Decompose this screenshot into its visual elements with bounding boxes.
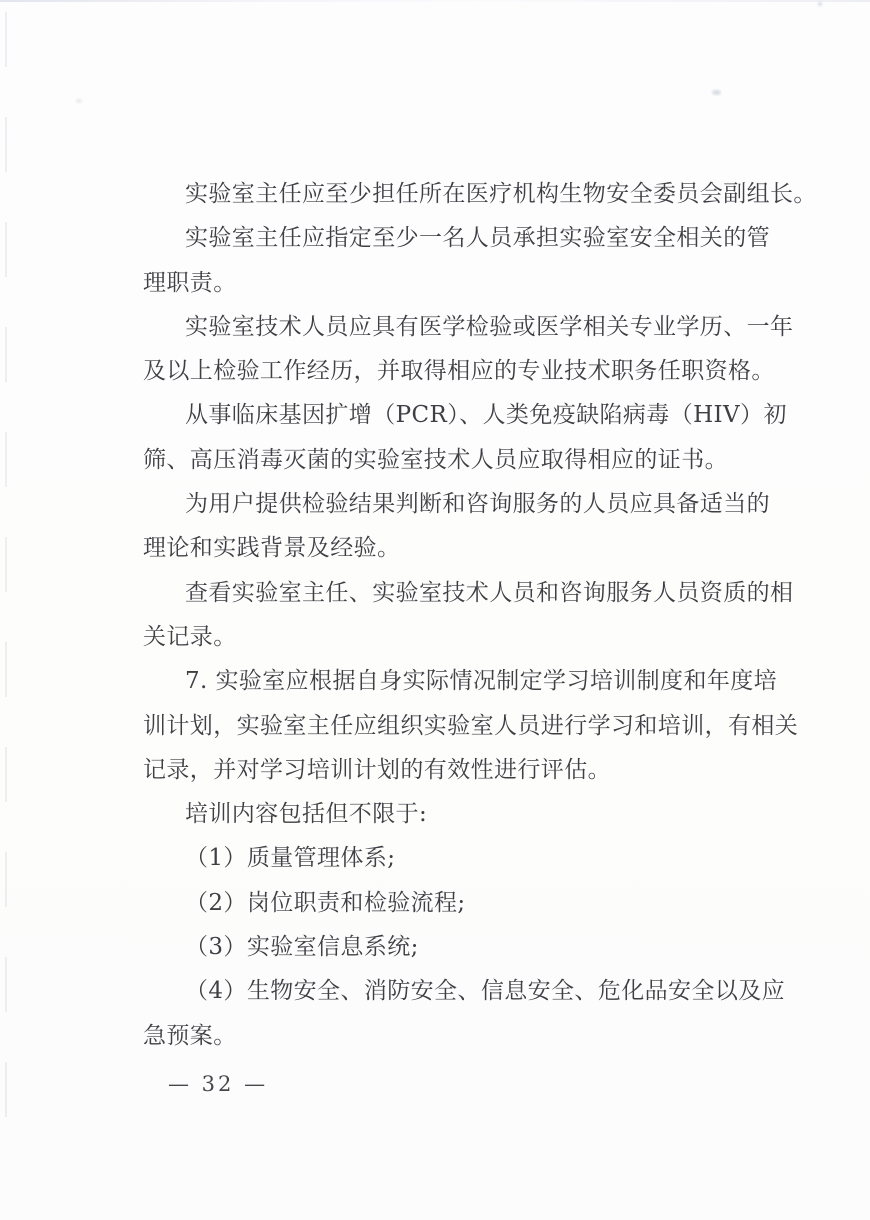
text-line: 训计划，实验室主任应组织实验室人员进行学习和培训，有相关 <box>143 704 775 748</box>
text-line: 关记录。 <box>143 615 775 659</box>
text-line: 实验室主任应至少担任所在医疗机构生物安全委员会副组长。 <box>143 172 775 216</box>
text-line: 记录，并对学习培训计划的有效性进行评估。 <box>143 748 775 792</box>
text-line: 理论和实践背景及经验。 <box>143 526 775 570</box>
document-page: 实验室主任应至少担任所在医疗机构生物安全委员会副组长。 实验室主任应指定至少一名… <box>0 0 870 1220</box>
document-body: 实验室主任应至少担任所在医疗机构生物安全委员会副组长。 实验室主任应指定至少一名… <box>143 172 775 1058</box>
text-line: 培训内容包括但不限于: <box>143 792 775 836</box>
scan-speck <box>76 99 82 103</box>
text-line: （1）质量管理体系; <box>143 836 775 880</box>
scan-speck <box>818 2 822 6</box>
text-line: 7. 实验室应根据自身实际情况制定学习培训制度和年度培 <box>143 659 775 703</box>
text-line: 理职责。 <box>143 261 775 305</box>
text-line: 为用户提供检验结果判断和咨询服务的人员应具备适当的 <box>143 482 775 526</box>
scan-artifact-left-edge <box>5 12 7 1152</box>
text-line: 实验室技术人员应具有医学检验或医学相关专业学历、一年 <box>143 305 775 349</box>
scan-speck <box>712 90 721 95</box>
text-line: 及以上检验工作经历，并取得相应的专业技术职务任职资格。 <box>143 349 775 393</box>
text-line: （3）实验室信息系统; <box>143 925 775 969</box>
text-line: 实验室主任应指定至少一名人员承担实验室安全相关的管 <box>143 216 775 260</box>
text-line: （4）生物安全、消防安全、信息安全、危化品安全以及应 <box>143 969 775 1013</box>
text-line: （2）岗位职责和检验流程; <box>143 881 775 925</box>
text-line: 急预案。 <box>143 1014 775 1058</box>
scan-artifact-top-edge <box>0 0 870 2</box>
text-line: 查看实验室主任、实验室技术人员和咨询服务人员资质的相 <box>143 571 775 615</box>
text-line: 从事临床基因扩增（PCR）、人类免疫缺陷病毒（HIV）初 <box>143 393 775 437</box>
text-line: 筛、高压消毒灭菌的实验室技术人员应取得相应的证书。 <box>143 438 775 482</box>
page-number: — 32 — <box>168 1072 268 1096</box>
